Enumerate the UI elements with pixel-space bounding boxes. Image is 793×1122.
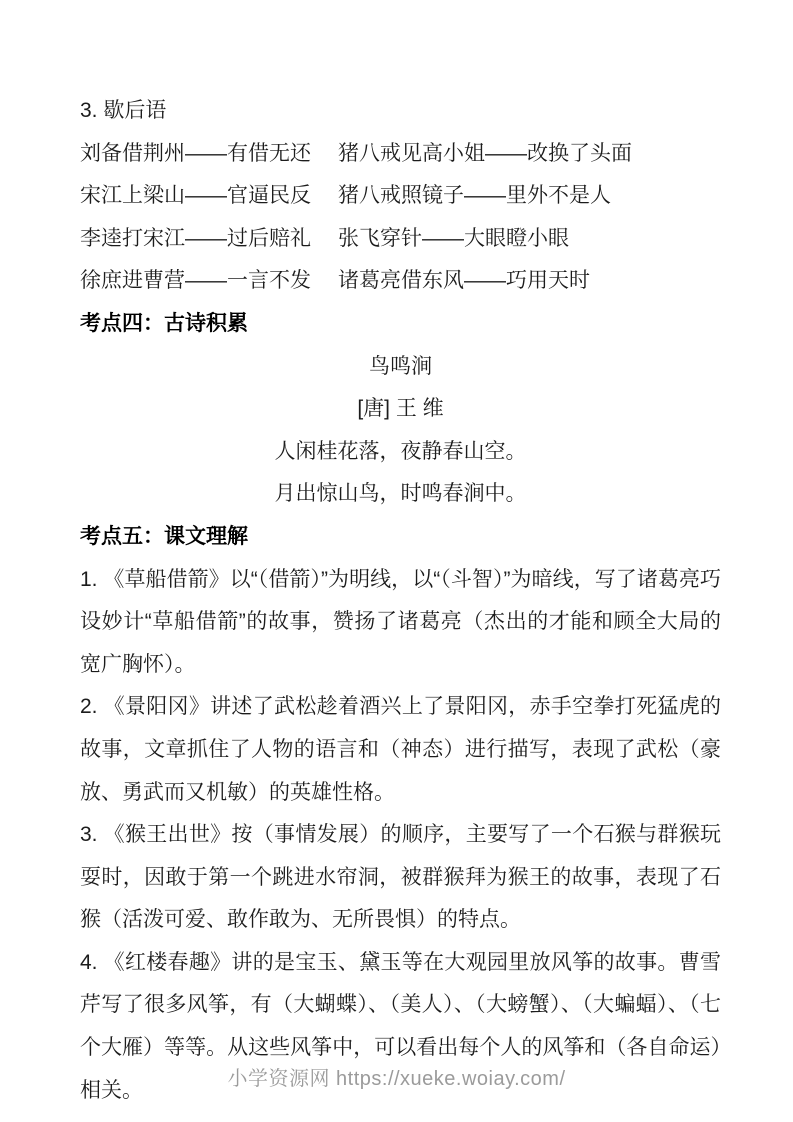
- footer-watermark-text: 小学资源网 https://xueke.woiay.com/: [227, 1068, 565, 1090]
- poem-author: [唐] 王 维: [80, 388, 721, 431]
- footer-watermark: 小学资源网 https://xueke.woiay.com/: [0, 1062, 793, 1091]
- poem-line: 人闲桂花落，夜静春山空。: [80, 431, 721, 474]
- xiehouyu-item-right: 猪八戒见高小姐——改换了头面: [338, 133, 721, 176]
- xiehouyu-row: 宋江上梁山——官逼民反 猪八戒照镜子——里外不是人: [80, 175, 721, 218]
- xiehouyu-item-right: 猪八戒照镜子——里外不是人: [338, 175, 721, 218]
- xiehouyu-item-right: 诸葛亮借东风——巧用天时: [338, 260, 721, 303]
- xiehouyu-row: 李逵打宋江——过后赔礼 张飞穿针——大眼瞪小眼: [80, 218, 721, 261]
- xiehouyu-row: 徐庶进曹营——一言不发 诸葛亮借东风——巧用天时: [80, 260, 721, 303]
- xiehouyu-item-left: 刘备借荆州——有借无还: [80, 133, 338, 176]
- xiehouyu-item-left: 李逵打宋江——过后赔礼: [80, 218, 338, 261]
- poem-line: 月出惊山鸟，时鸣春涧中。: [80, 473, 721, 516]
- xiehouyu-item-left: 宋江上梁山——官逼民反: [80, 175, 338, 218]
- xiehouyu-item-left: 徐庶进曹营——一言不发: [80, 260, 338, 303]
- comprehension-paragraph-3: 3. 《猴王出世》按（事情发展）的顺序，主要写了一个石猴与群猴玩耍时，因敢于第一…: [80, 814, 721, 942]
- document-page: 3. 歇后语 刘备借荆州——有借无还 猪八戒见高小姐——改换了头面 宋江上梁山—…: [0, 0, 793, 1122]
- kaodian5-heading: 考点五：课文理解: [80, 516, 721, 559]
- kaodian4-heading: 考点四：古诗积累: [80, 303, 721, 346]
- xiehouyu-item-right: 张飞穿针——大眼瞪小眼: [338, 218, 721, 261]
- poem-title: 鸟鸣涧: [80, 346, 721, 389]
- comprehension-paragraph-1: 1. 《草船借箭》以“（借箭）”为明线，以“（斗智）”为暗线，写了诸葛亮巧设妙计…: [80, 559, 721, 687]
- xiehouyu-row: 刘备借荆州——有借无还 猪八戒见高小姐——改换了头面: [80, 133, 721, 176]
- comprehension-paragraph-2: 2. 《景阳冈》讲述了武松趁着酒兴上了景阳冈，赤手空拳打死猛虎的故事，文章抓住了…: [80, 686, 721, 814]
- xiehouyu-heading: 3. 歇后语: [80, 90, 721, 133]
- document-content: 3. 歇后语 刘备借荆州——有借无还 猪八戒见高小姐——改换了头面 宋江上梁山—…: [0, 0, 793, 1112]
